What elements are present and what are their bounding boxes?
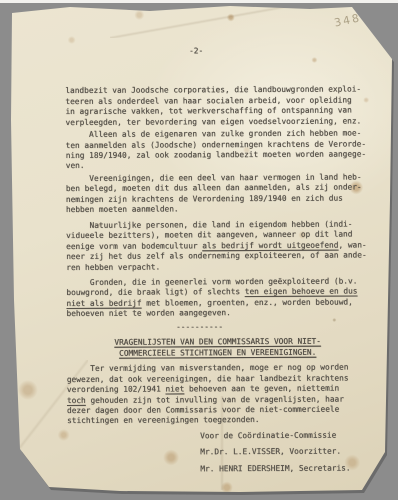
text-line: ning 189/1940, zal ook zoodanig landbezi…: [66, 149, 368, 161]
text-line: COMMERCIEELE STICHTINGEN EN VEREENIGINGE…: [67, 347, 369, 359]
typewritten-content: -2- landbezit van Joodsche corporaties, …: [65, 24, 369, 499]
text-line: verpleegden, ter bevordering van eigen v…: [65, 116, 367, 128]
paragraph-container: landbezit van Joodsche corporaties, die …: [65, 85, 369, 479]
document-paper: 3481 -2- landbezit van Joodsche corporat…: [0, 0, 398, 500]
scan-viewport: 3481 -2- landbezit van Joodsche corporat…: [0, 0, 398, 500]
paragraph-vereenigingen: Vereenigingen, die een deel van haar ver…: [66, 172, 368, 215]
paragraph-alleen: Alleen als de eigenaren van zulke gronde…: [66, 128, 368, 171]
text-line: ----------: [49, 321, 351, 333]
text-line: Mr. HENRI EDERSHEIM, Secretaris.: [200, 460, 369, 477]
paragraph-landbezit: landbezit van Joodsche corporaties, die …: [65, 85, 367, 128]
paragraph-natuurlijke-personen: Natuurlijke personen, die land in eigend…: [66, 219, 368, 273]
text-line: stichtingen en vereenigingen toegezonden…: [67, 415, 369, 427]
paragraph-gronden: Gronden, die in geenerlei vorm worden ge…: [66, 276, 368, 319]
text-line: hebben moeten aanmelden.: [66, 204, 368, 216]
paragraph-ter-vermijding: Ter vermijding van misverstanden, moge e…: [67, 363, 369, 427]
text-line: Voor de Coördinatie-Commissie: [200, 427, 369, 444]
section-heading: VRAGENLIJSTEN VAN DEN COMMISSARIS VOOR N…: [67, 337, 369, 359]
signature-block: Voor de Coördinatie-CommissieMr.Dr. L.E.…: [200, 427, 369, 477]
text-line: dezer dagen door den Commissaris voor de…: [67, 404, 369, 416]
text-line: niet als bedrijf met bloemen, groenten, …: [66, 297, 368, 309]
text-line: Mr.Dr. L.E.VISSER, Voorzitter.: [200, 444, 369, 461]
text-line: ren hebben verpacht.: [66, 261, 368, 273]
scan-top-edge: [0, 0, 398, 3]
section-divider: ----------: [49, 321, 351, 333]
text-line: ven.: [66, 160, 368, 172]
text-line: neer zij het dus zelf als onderneming ex…: [66, 250, 368, 262]
text-line: nemingen zijn krachtens de Verordening 1…: [66, 193, 368, 205]
text-line: behoeven niet te worden aangegeven.: [66, 308, 368, 320]
page-number: -2-: [45, 45, 347, 57]
